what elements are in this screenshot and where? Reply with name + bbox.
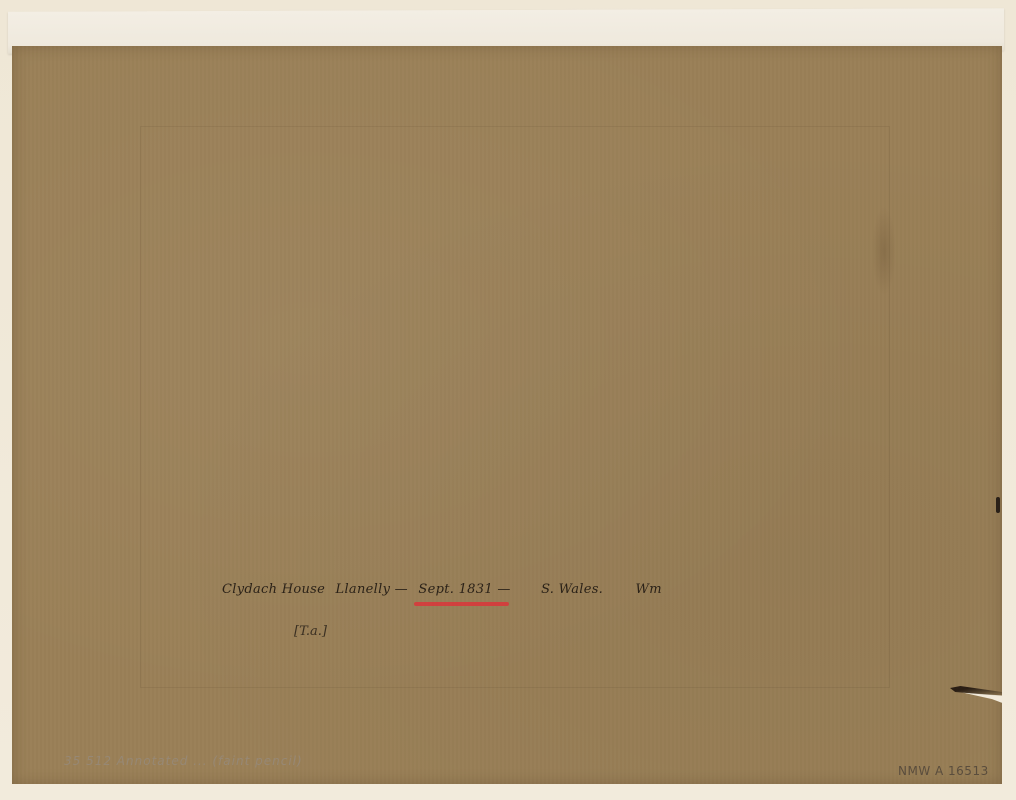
inscription-date: Sept. 1831 — [418,582,510,597]
inscription-date-wrap: Sept. 1831 — [418,582,516,597]
faint-frame-outline [140,126,890,688]
red-crayon-underline [414,602,508,606]
stain-mark [872,206,896,296]
inscription-region: S. Wales. [541,582,603,597]
handwritten-inscription: Clydach House Llanelly — Sept. 1831 — S.… [222,582,668,597]
drawing-board-reverse [12,46,1002,784]
faint-pencil-note: 35 512 Annotated ... (faint pencil) [64,754,303,768]
inscription-town: Llanelly — [336,582,408,597]
inscription-initials: Wm [636,582,662,597]
accession-number: NMW A 16513 [898,764,989,778]
edge-mark [996,497,1000,513]
bracket-note: [T.a.] [294,624,327,639]
inscription-place: Clydach House [222,582,325,597]
